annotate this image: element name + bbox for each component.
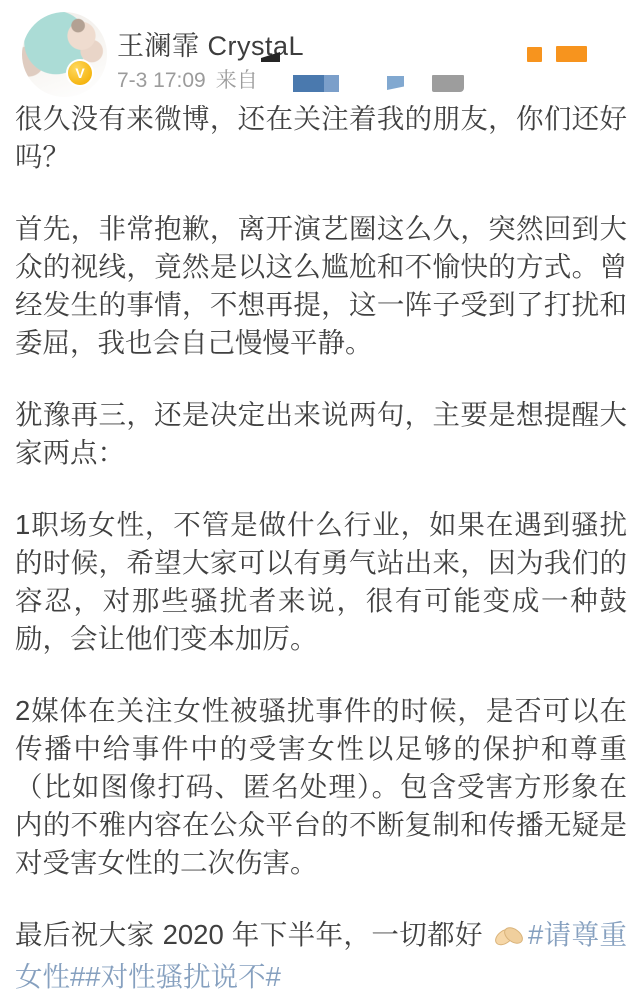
closing-text: 最后祝大家 2020 年下半年，一切都好 <box>15 919 491 950</box>
redaction-orange-block-small <box>527 47 542 62</box>
post-paragraph: 1职场女性，不管是做什么行业，如果在遇到骚扰的时候，希望大家可以有勇气站出来，因… <box>15 506 627 658</box>
source-label: 来自 <box>216 69 258 92</box>
post-meta: 7-3 17:09来自 <box>117 64 258 94</box>
hashtag-link[interactable]: #对性骚扰说不# <box>85 961 281 992</box>
post-paragraph: 2媒体在关注女性被骚扰事件的时候，是否可以在传播中给事件中的受害女性以足够的保护… <box>15 692 627 882</box>
timestamp: 7-3 17:09 <box>117 69 206 92</box>
post-paragraph: 很久没有来微博，还在关注着我的朋友，你们还好吗？ <box>15 100 627 176</box>
folded-hands-icon <box>493 920 525 958</box>
redaction-gray-block <box>432 75 464 92</box>
verified-badge-icon: V <box>68 61 92 85</box>
post-paragraph: 犹豫再三，还是决定出来说两句，主要是想提醒大家两点： <box>15 396 627 472</box>
redaction-small-blue-block <box>387 76 404 90</box>
weibo-post: V 王澜霏 CrystaL 7-3 17:09来自 很久没有来微博，还在关注着我… <box>0 0 641 1000</box>
post-body: 很久没有来微博，还在关注着我的朋友，你们还好吗？ 首先，非常抱歉，离开演艺圈这么… <box>15 100 627 996</box>
redaction-blue-block <box>293 75 339 92</box>
post-paragraph: 首先，非常抱歉，离开演艺圈这么久，突然回到大众的视线，竟然是以这么尴尬和不愉快的… <box>15 210 627 362</box>
redaction-orange-block-large <box>556 46 587 62</box>
avatar[interactable] <box>22 12 107 97</box>
post-closing-paragraph: 最后祝大家 2020 年下半年，一切都好 #请尊重女性##对性骚扰说不# <box>15 916 627 996</box>
